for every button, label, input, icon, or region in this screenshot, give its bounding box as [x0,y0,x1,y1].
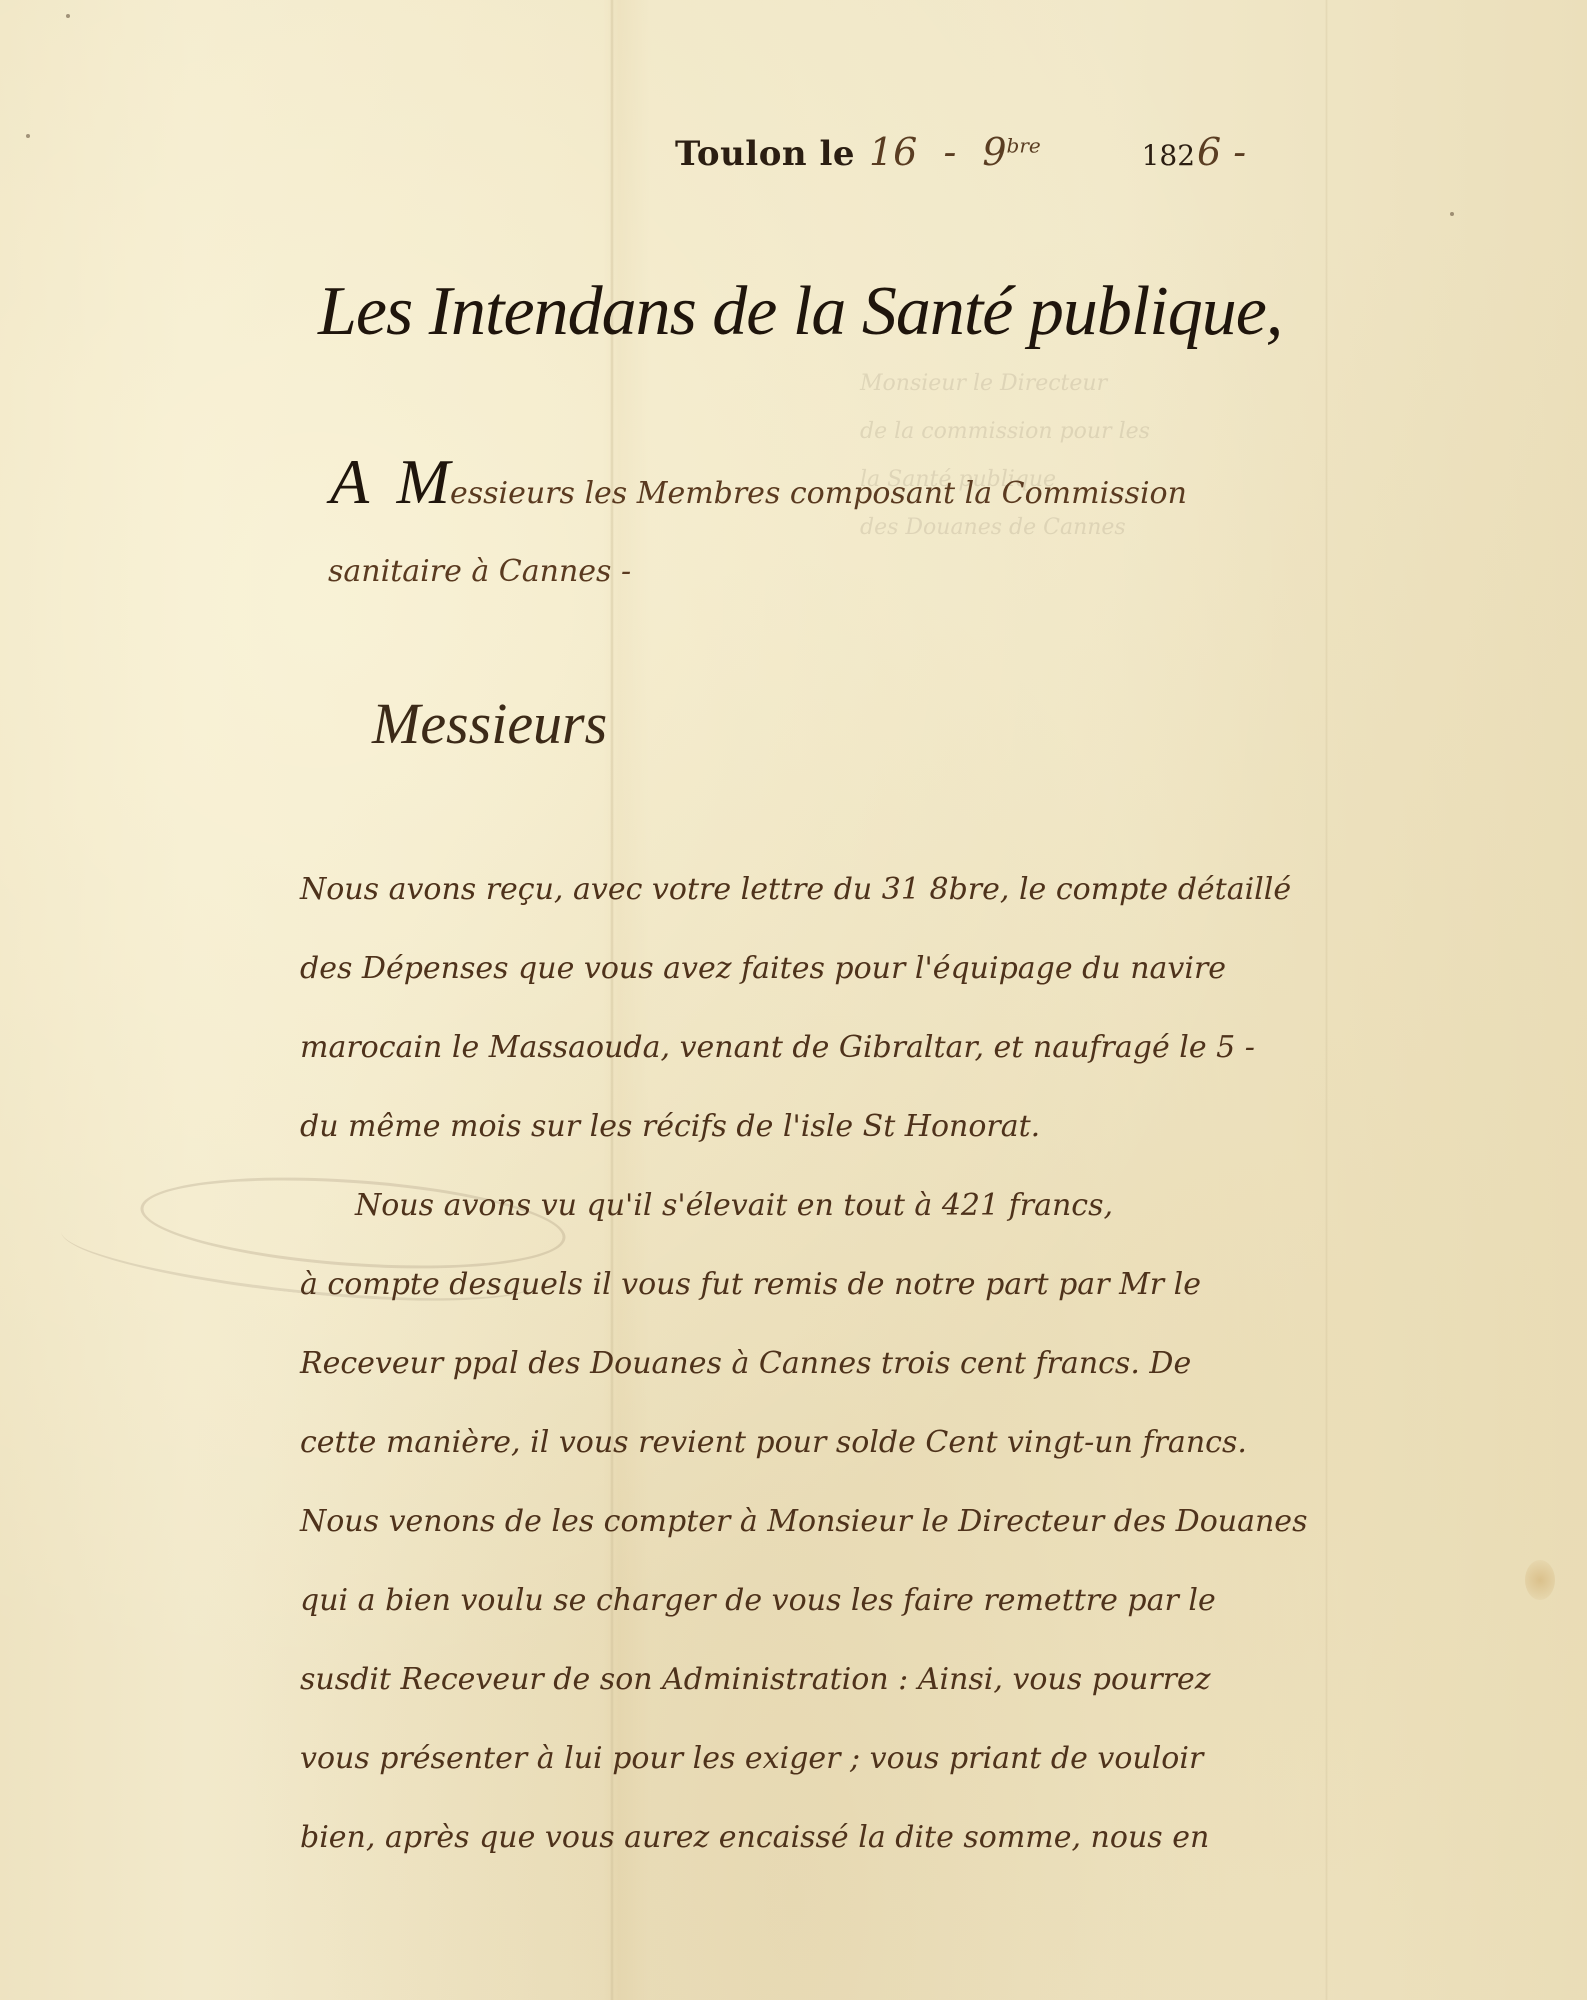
letter-body: Nous avons reçu, avec votre lettre du 31… [300,850,1570,1877]
dateline: Toulon le16 - 9bre 1826 - [675,130,1246,174]
paper-speck [1450,212,1454,216]
dateline-month-superscript: bre [1007,134,1041,158]
dateline-place: Toulon le [675,134,855,174]
body-line: bien, après que vous aurez encaissé la d… [300,1798,1570,1877]
addressee-line-1-text: essieurs les Membres composant la Commis… [450,476,1187,511]
paper-speck [66,14,70,18]
addressee-line-1: A Messieurs les Membres composant la Com… [330,445,1560,519]
body-line: susdit Receveur de son Administration : … [300,1640,1570,1719]
addressee-block: A Messieurs les Membres composant la Com… [330,445,1560,589]
addressee-line-2: sanitaire à Cannes - [328,554,1560,589]
body-line: Receveur ppal des Douanes à Cannes trois… [300,1324,1570,1403]
body-line: qui a bien voulu se charger de vous les … [300,1561,1570,1640]
body-line: des Dépenses que vous avez faites pour l… [300,929,1570,1008]
dateline-year-printed: 182 [1142,139,1195,172]
body-line: du même mois sur les récifs de l'isle St… [300,1087,1570,1166]
addressee-initial-m: M [397,446,450,517]
salutation: Messieurs [372,690,607,757]
body-line: marocain le Massaouda, venant de Gibralt… [300,1008,1570,1087]
body-line: Nous avons reçu, avec votre lettre du 31… [300,850,1570,929]
dateline-month: 9 [982,130,1006,174]
body-line: Nous avons vu qu'il s'élevait en tout à … [300,1166,1570,1245]
dateline-separator: - [931,130,968,174]
addressee-initial-a: A [330,446,369,517]
body-line: Nous venons de les compter à Monsieur le… [300,1482,1570,1561]
dateline-day: 16 [869,130,917,174]
dateline-year: 1826 - [1142,139,1247,172]
body-line: vous présenter à lui pour les exiger ; v… [300,1719,1570,1798]
paper-speck [26,134,30,138]
dateline-year-handwritten: 6 - [1197,130,1246,174]
body-line: à compte desquels il vous fut remis de n… [300,1245,1570,1324]
body-line: cette manière, il vous revient pour sold… [300,1403,1570,1482]
letterhead-title: Les Intendans de la Santé publique, [318,272,1282,352]
letter-page: Monsieur le Directeur de la commission p… [0,0,1587,2000]
